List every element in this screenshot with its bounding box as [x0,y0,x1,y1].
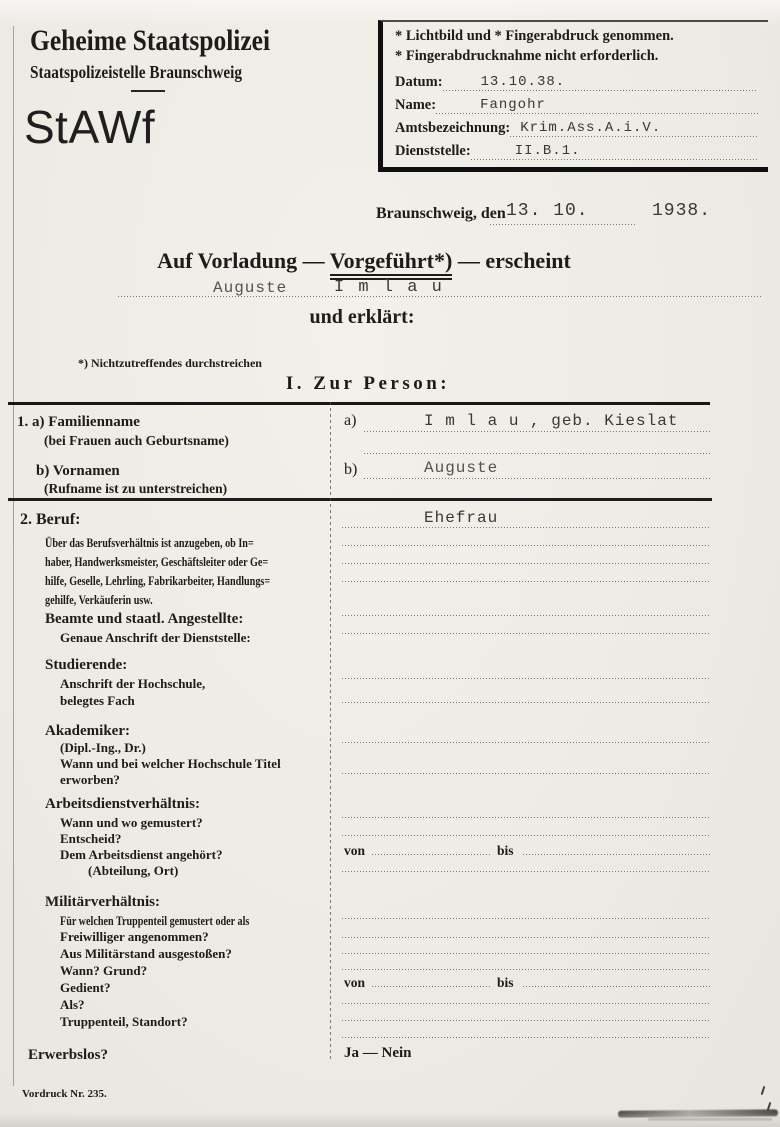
field-value: 13.10.38. [443,73,758,91]
answer-line [342,545,710,546]
date-value: 13. 10. [506,201,589,221]
q1-label-b: b) Vornamen [36,463,120,480]
subsection-akademiker-line: Wann und bei welcher Hochschule Titel [60,756,281,772]
answer-line [342,702,710,703]
subsection-arbeitsdienst-line: (Abteilung, Ort) [88,863,178,879]
answer-line [342,633,710,634]
answer-line [364,453,710,454]
footnote: *) Nichtzutreffendes durchstreichen [78,356,262,371]
answer-line [342,678,710,679]
subsection-arbeitsdienst-line: Wann und wo gemustert? [60,815,203,831]
agency-name: Geheime Staatspolizei [30,24,270,58]
column-divider [330,402,331,1060]
subsection-militaer-line: Aus Militärstand ausgestoßen? [60,946,232,962]
answer-line [342,1003,710,1004]
answer-line [342,871,710,872]
box-note-line: * Fingerabdrucknahme nicht erforderlich. [395,48,758,65]
place-label: Braunschweig, den [376,205,506,223]
subsection-militaer-title: Militärverhältnis: [45,894,160,911]
answer-line [342,527,710,528]
answer-line [342,918,710,919]
subsection-arbeitsdienst-line: Dem Arbeitsdienst angehört? [60,847,223,863]
field-label: Name: [395,97,436,114]
headline-pre: Auf Vorladung — [157,248,330,273]
scan-mark [761,1086,766,1095]
q1-label-a: 1. a) Familienname [17,414,140,431]
field-row: Name: Fangohr [395,91,758,114]
summoned-last-name: I m l a u [334,278,444,297]
subsection-beamte-note: Genaue Anschrift der Dienststelle: [60,630,251,646]
answer-line [342,615,710,616]
field-label: Datum: [395,74,443,91]
subsection-militaer-line: Wann? Grund? [60,963,147,979]
answer-line [364,478,710,479]
unemployed-label: Erwerbslos? [28,1047,108,1064]
q2-description-line: gehilfe, Verkäuferin usw. [45,592,153,608]
answer-line [372,854,490,855]
field-row: Amtsbezeichnung: Krim.Ass.A.i.V. [395,114,758,137]
von-label: von [344,843,365,859]
bis-label: bis [497,975,514,991]
answer-a-value: I m l a u , geb. Kieslat [424,412,678,430]
box-note-line: * Lichtbild und * Fingerabdruck genommen… [395,28,758,45]
year-value: 1938. [652,201,711,221]
answer-line [342,937,710,938]
form-number: Vordruck Nr. 235. [22,1088,107,1100]
ja-nein-label: Ja — Nein [344,1045,412,1062]
answer-line [523,854,710,855]
declares-label: und erklärt: [0,306,724,329]
answer-line [342,742,710,743]
scanned-form-page: Geheime Staatspolizei Staatspolizeistell… [0,0,780,1127]
answer-marker-a: a) [344,412,356,430]
headline-post: — erscheint [452,248,571,273]
answer-line [342,581,710,582]
answer-line [342,773,710,774]
summons-headline: Auf Vorladung — Vorgeführt*) — erscheint [124,248,604,274]
answer-line [342,563,710,564]
subsection-militaer-line: Als? [60,997,85,1013]
scan-smudge [648,1118,772,1121]
field-label: Dienststelle: [395,143,471,160]
answer-line [342,1037,710,1038]
q2-description-line: hilfe, Geselle, Lehrling, Fabrikarbeiter… [45,573,270,589]
horizontal-rule-top [8,402,710,405]
answer-line [523,986,710,987]
headline-underlined: Vorgeführt*) [330,248,453,280]
field-value: Krim.Ass.A.i.V. [510,119,758,137]
subsection-studierende-title: Studierende: [45,657,127,674]
subsection-akademiker-line: (Dipl.-Ing., Dr.) [60,740,146,756]
answer-line [342,817,710,818]
q2-title: 2. Beruf: [20,511,80,529]
photo-fingerprint-box: * Lichtbild und * Fingerabdruck genommen… [378,20,768,172]
section-title: I. Zur Person: [0,373,736,395]
scan-smudge [618,1109,778,1117]
answer-line [372,986,490,987]
horizontal-rule-mid [8,498,712,501]
answer-line [364,431,710,432]
von-label: von [344,975,365,991]
subsection-akademiker-title: Akademiker: [45,723,130,740]
subsection-arbeitsdienst-title: Arbeitsdienstverhältnis: [45,796,200,813]
answer-b-value: Auguste [424,459,498,477]
subsection-arbeitsdienst-line: Entscheid? [60,831,121,847]
q2-description-line: haber, Handwerksmeister, Geschäftsleiter… [45,554,268,570]
field-row: Datum: 13.10.38. [395,68,758,91]
occupation-value: Ehefrau [424,509,498,527]
subsection-akademiker-line: erworben? [60,772,120,788]
office-name: Staatspolizeistelle Braunschweig [30,62,242,83]
paper-edge-line [13,26,14,1086]
q2-description-line: Über das Berufsverhältnis ist anzugeben,… [45,535,254,551]
header-rule [131,90,165,92]
field-row: Dienststelle: II.B.1. [395,137,758,160]
field-label: Amtsbezeichnung: [395,120,510,137]
archive-stamp: StAWf [24,100,155,154]
summoned-first-name: Auguste [213,279,287,297]
answer-line [342,969,710,970]
subsection-studierende-line: belegtes Fach [60,693,135,709]
subsection-studierende-line: Anschrift der Hochschule, [60,676,205,692]
answer-line [342,953,710,954]
answer-marker-b: b) [344,461,357,479]
subsection-militaer-line: Freiwilliger angenommen? [60,929,209,945]
date-dotted-line [490,224,637,225]
q1-note-a: (bei Frauen auch Geburtsname) [44,433,229,449]
q1-note-b: (Rufname ist zu unterstreichen) [44,481,227,497]
subsection-militaer-line: Truppenteil, Standort? [60,1014,188,1030]
answer-line [342,835,710,836]
subsection-beamte-title: Beamte und staatl. Angestellte: [45,611,243,628]
bis-label: bis [497,843,514,859]
subsection-militaer-line: Gedient? [60,980,111,996]
subsection-militaer-line: Für welchen Truppenteil gemustert oder a… [60,913,249,929]
field-value: Fangohr [436,96,758,114]
answer-line [342,1020,710,1021]
field-value: II.B.1. [471,142,758,160]
